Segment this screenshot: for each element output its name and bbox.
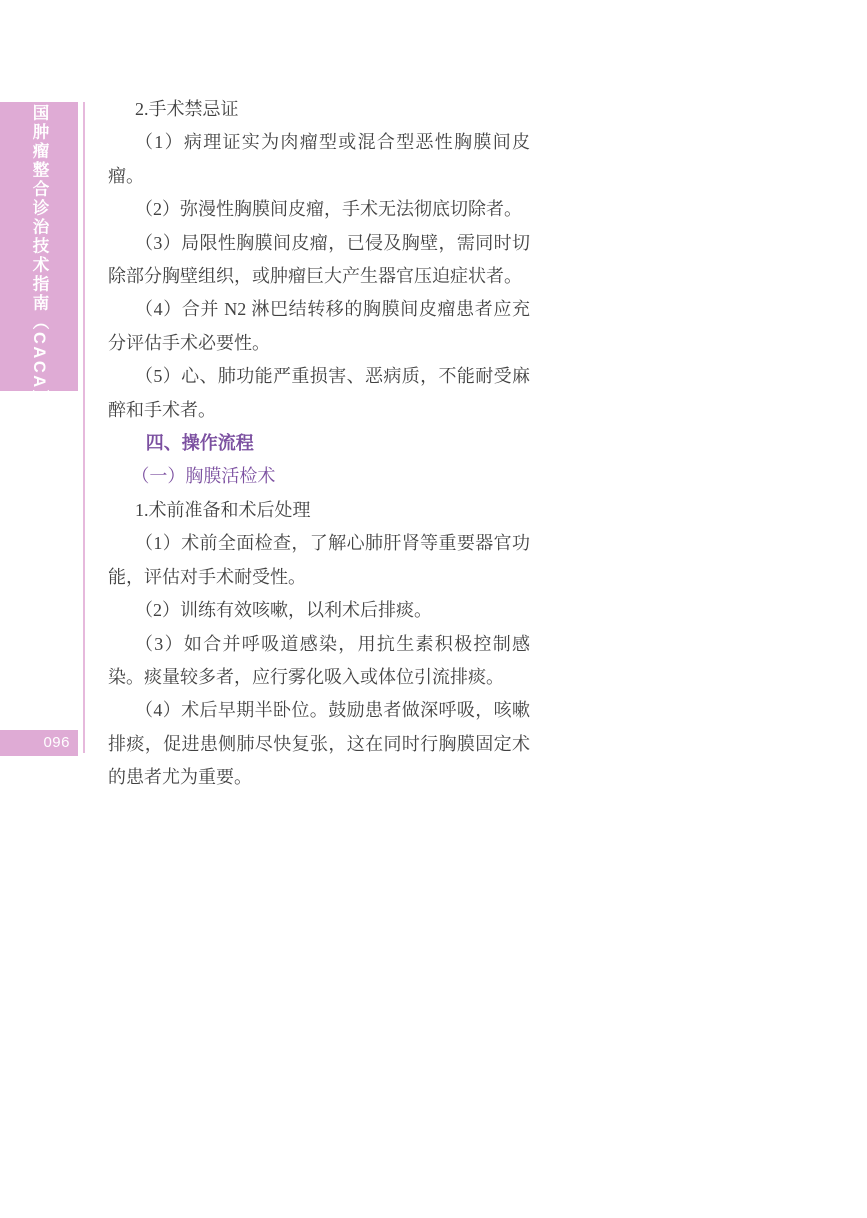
paragraph-preop-4: （4）术后早期半卧位。鼓励患者做深呼吸，咳嗽排痰，促进患侧肺尽快复张，这在同时行… — [108, 694, 530, 794]
paragraph-preop-postop-heading: 1.术前准备和术后处理 — [108, 494, 530, 527]
paragraph-preop-2: （2）训练有效咳嗽，以利术后排痰。 — [108, 594, 530, 627]
subsection-heading-pleural-biopsy: （一）胸膜活检术 — [108, 460, 530, 493]
series-title-vertical-text: 中国肿瘤整合诊治技术指南（CACA） — [27, 85, 51, 409]
series-title-banner: 中国肿瘤整合诊治技术指南（CACA） — [0, 102, 78, 391]
book-page: 中国肿瘤整合诊治技术指南（CACA） 096 2.手术禁忌证 （1）病理证实为肉… — [0, 0, 867, 1218]
paragraph-contraindication-3: （3）局限性胸膜间皮瘤，已侵及胸壁，需同时切除部分胸壁组织，或肿瘤巨大产生器官压… — [108, 227, 530, 294]
paragraph-surgical-contraindications-heading: 2.手术禁忌证 — [108, 93, 530, 126]
paragraph-contraindication-1: （1）病理证实为肉瘤型或混合型恶性胸膜间皮瘤。 — [108, 126, 530, 193]
paragraph-contraindication-5: （5）心、肺功能严重损害、恶病质，不能耐受麻醉和手术者。 — [108, 360, 530, 427]
main-text-column: 2.手术禁忌证 （1）病理证实为肉瘤型或混合型恶性胸膜间皮瘤。 （2）弥漫性胸膜… — [108, 93, 530, 795]
paragraph-contraindication-4: （4）合并 N2 淋巴结转移的胸膜间皮瘤患者应充分评估手术必要性。 — [108, 293, 530, 360]
section-heading-operation-procedure: 四、操作流程 — [108, 427, 530, 460]
paragraph-contraindication-2: （2）弥漫性胸膜间皮瘤，手术无法彻底切除者。 — [108, 193, 530, 226]
vertical-divider-rule — [83, 102, 85, 753]
paragraph-preop-3: （3）如合并呼吸道感染，用抗生素积极控制感染。痰量较多者，应行雾化吸入或体位引流… — [108, 628, 530, 695]
paragraph-preop-1: （1）术前全面检查，了解心肺肝肾等重要器官功能，评估对手术耐受性。 — [108, 527, 530, 594]
page-number-badge: 096 — [0, 730, 78, 756]
